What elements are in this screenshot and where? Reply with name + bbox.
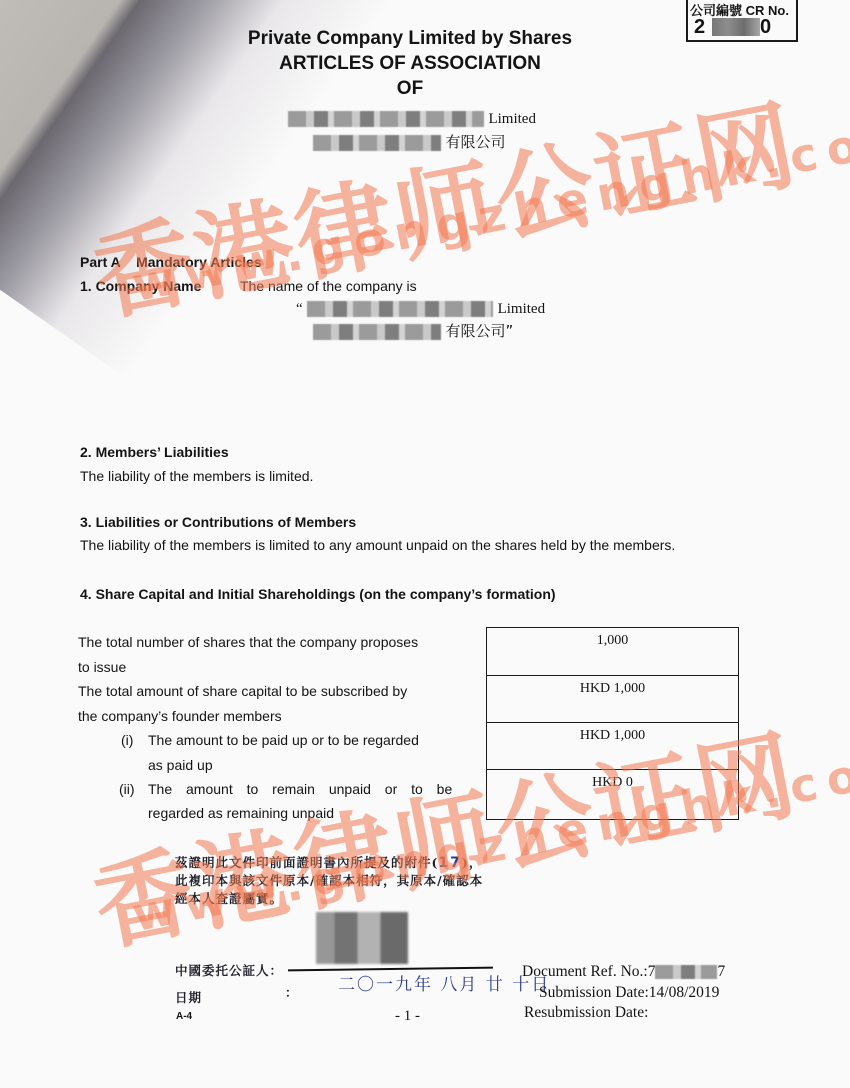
- resubmission-date: Resubmission Date:: [524, 1004, 648, 1022]
- company-name-zh: 有限公司: [313, 131, 505, 152]
- share-value-paid-up: HKD 1,000: [487, 722, 738, 769]
- certification-line2: 此複印本與該文件原本/確認本相符，其原本/確認本: [175, 871, 483, 889]
- share-row-1-label-b: to issue: [78, 659, 126, 675]
- share-capital-table: 1,000 HKD 1,000 HKD 1,000 HKD 0: [486, 627, 739, 820]
- share-value-total-shares: 1,000: [487, 628, 738, 675]
- section-1-name-en: “ Limited: [296, 300, 545, 318]
- part-a-heading: Part A Mandatory Articles: [80, 254, 262, 270]
- doc-title-line1: Private Company Limited by Shares: [0, 28, 820, 50]
- section-1-name-zh: 有限公司”: [313, 320, 513, 341]
- share-row-3-label-a: The amount to be paid up or to be regard…: [148, 732, 419, 748]
- doc-title-line2: ARTICLES OF ASSOCIATION: [0, 53, 820, 75]
- share-row-3-label-b: as paid up: [148, 757, 213, 773]
- company-name-en: Limited: [288, 110, 536, 128]
- submission-date: Submission Date:14/08/2019: [539, 984, 719, 1002]
- redacted-name: [288, 111, 484, 127]
- share-row-2-label-a: The total amount of share capital to be …: [78, 683, 407, 699]
- date-label: 日期: [175, 988, 202, 1006]
- page-number: - 1 -: [395, 1008, 420, 1025]
- certification-line3: 經本人查證屬實。: [175, 889, 283, 907]
- redacted-name: [307, 301, 493, 317]
- redacted-name: [313, 135, 441, 151]
- share-row-3-marker: (i): [121, 732, 133, 748]
- share-value-total-capital: HKD 1,000: [487, 675, 738, 722]
- doc-title-line3: OF: [0, 78, 820, 100]
- redacted-name: [313, 324, 441, 340]
- handwritten-date: 二〇一九年 八月 廿 十日: [338, 970, 550, 995]
- document-ref: Document Ref. No.:77: [522, 963, 725, 981]
- share-value-unpaid: HKD 0: [487, 769, 738, 819]
- section-1-heading: 1. Company Name: [80, 278, 201, 294]
- section-3-heading: 3. Liabilities or Contributions of Membe…: [80, 514, 356, 530]
- section-2-heading: 2. Members’ Liabilities: [80, 444, 229, 460]
- section-2-text: The liability of the members is limited.: [80, 468, 313, 484]
- redacted-signature: [316, 912, 408, 964]
- notary-label: 中國委托公証人：: [175, 961, 283, 979]
- section-4-heading: 4. Share Capital and Initial Shareholdin…: [80, 586, 556, 602]
- share-row-4-label-a: The amount to remain unpaid or to be: [148, 781, 452, 797]
- share-row-4-marker: (ii): [119, 781, 135, 797]
- section-3-text: The liability of the members is limited …: [80, 537, 675, 553]
- date-colon: ：: [285, 983, 299, 1001]
- share-row-4-label-b: regarded as remaining unpaid: [148, 805, 334, 821]
- certification-line1: 茲證明此文件印前面證明書內所提及的附件(17)，: [175, 853, 482, 871]
- section-1-intro: The name of the company is: [240, 278, 417, 294]
- form-code: A-4: [176, 1011, 192, 1022]
- share-row-1-label-a: The total number of shares that the comp…: [78, 634, 418, 650]
- share-row-2-label-b: the company’s founder members: [78, 708, 282, 724]
- redacted-ref: [655, 965, 717, 979]
